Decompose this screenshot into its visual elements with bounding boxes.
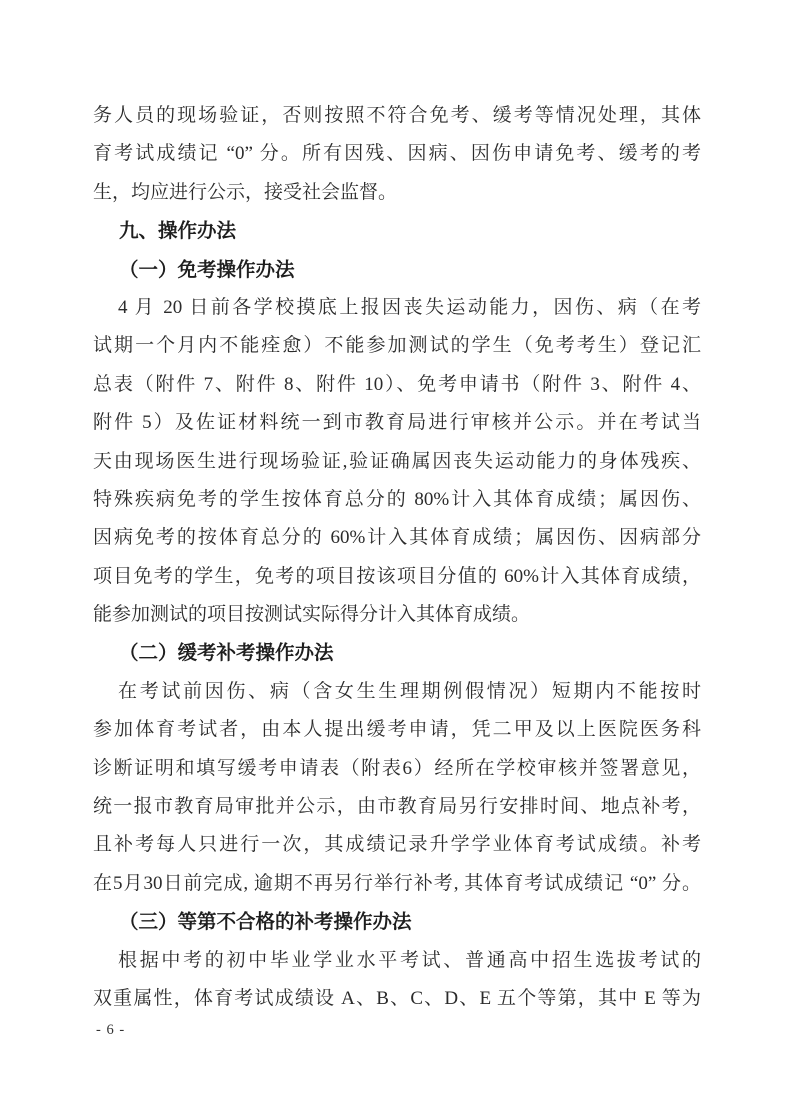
body-line: 务人员的现场验证，否则按照不符合免考、缓考等情况处理，其体 — [93, 97, 701, 135]
document-page: 务人员的现场验证，否则按照不符合免考、缓考等情况处理，其体 育考试成绩记 “0”… — [0, 0, 790, 1117]
heading-subsection-1: （一）免考操作办法 — [93, 251, 701, 289]
body-line: 参加体育考试者，由本人提出缓考申请，凭二甲及以上医院医务科 — [93, 711, 701, 749]
heading-subsection-3: （三）等第不合格的补考操作办法 — [93, 903, 701, 941]
heading-section-9: 九、操作办法 — [93, 212, 701, 250]
body-line: 附件 5）及佐证材料统一到市教育局进行审核并公示。并在考试当 — [93, 404, 701, 442]
page-number: - 6 - — [96, 1022, 125, 1039]
body-line: 项目免考的学生，免考的项目按该项目分值的 60%计入其体育成绩， — [93, 558, 701, 596]
body-line: 天由现场医生进行现场验证,验证确属因丧失运动能力的身体残疾、 — [93, 443, 701, 481]
heading-subsection-2: （二）缓考补考操作办法 — [93, 634, 701, 672]
body-line: 育考试成绩记 “0” 分。所有因残、因病、因伤申请免考、缓考的考 — [93, 135, 701, 173]
body-line: 总表（附件 7、附件 8、附件 10）、免考申请书（附件 3、附件 4、 — [93, 366, 701, 404]
body-line: 特殊疾病免考的学生按体育总分的 80%计入其体育成绩；属因伤、 — [93, 481, 701, 519]
body-line: 4 月 20 日前各学校摸底上报因丧失运动能力，因伤、病（在考 — [93, 289, 701, 327]
body-line: 生，均应进行公示，接受社会监督。 — [93, 174, 701, 212]
body-line: 统一报市教育局审批并公示，由市教育局另行安排时间、地点补考， — [93, 788, 701, 826]
body-line: 能参加测试的项目按测试实际得分计入其体育成绩。 — [93, 596, 701, 634]
body-line: 诊断证明和填写缓考申请表（附表6）经所在学校审核并签署意见， — [93, 750, 701, 788]
body-line: 在5月30日前完成, 逾期不再另行举行补考, 其体育考试成绩记 “0” 分。 — [93, 865, 701, 903]
body-line: 且补考每人只进行一次，其成绩记录升学学业体育考试成绩。补考 — [93, 826, 701, 864]
body-line: 双重属性，体育考试成绩设 A、B、C、D、E 五个等第，其中 E 等为 — [93, 980, 701, 1018]
body-line: 因病免考的按体育总分的 60%计入其体育成绩；属因伤、因病部分 — [93, 519, 701, 557]
document-text-block: 务人员的现场验证，否则按照不符合免考、缓考等情况处理，其体 育考试成绩记 “0”… — [93, 97, 701, 1018]
body-line: 试期一个月内不能痊愈）不能参加测试的学生（免考考生）登记汇 — [93, 327, 701, 365]
body-line: 在考试前因伤、病（含女生生理期例假情况）短期内不能按时 — [93, 673, 701, 711]
body-line: 根据中考的初中毕业学业水平考试、普通高中招生选拔考试的 — [93, 942, 701, 980]
